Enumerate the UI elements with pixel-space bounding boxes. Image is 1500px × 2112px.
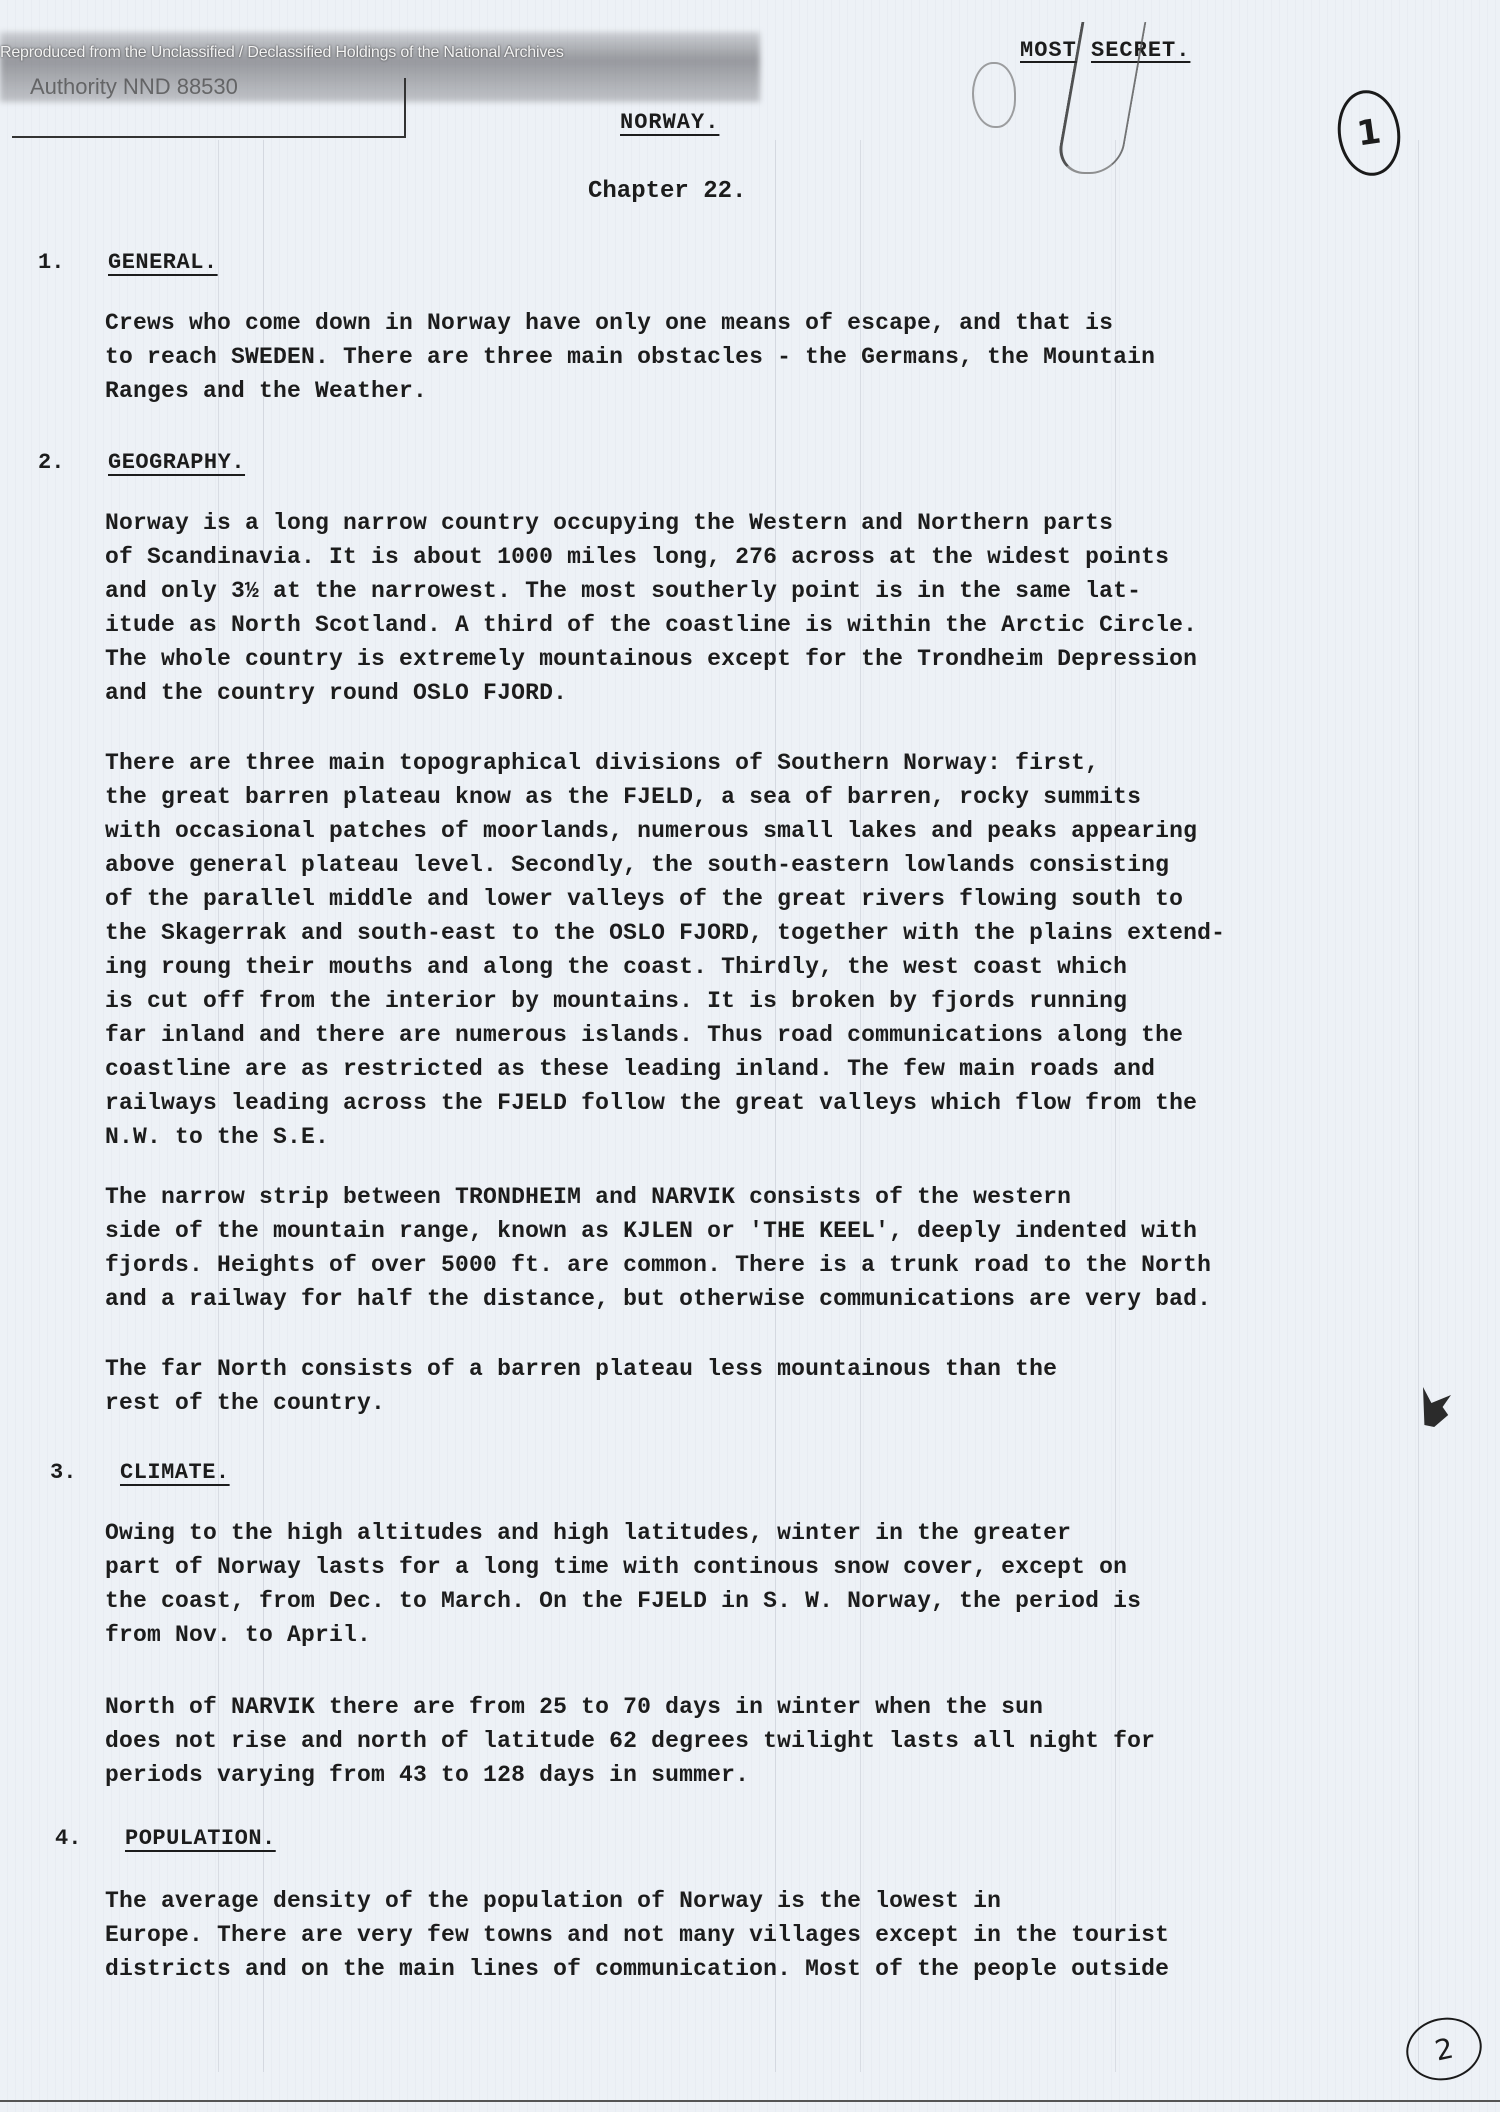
classification-word-1: MOST [1020, 38, 1077, 63]
section-title: GEOGRAPHY. [108, 450, 245, 475]
section-number: 2. [38, 450, 108, 475]
section-number: 4. [55, 1826, 125, 1851]
section-title: POPULATION. [125, 1826, 276, 1851]
paragraph: The narrow strip between TRONDHEIM and N… [105, 1180, 1425, 1316]
section-heading-climate: 3.CLIMATE. [50, 1460, 230, 1485]
paragraph: North of NARVIK there are from 25 to 70 … [105, 1690, 1425, 1792]
section-title: GENERAL. [108, 250, 218, 275]
authority-label: Authority NND 88530 [30, 74, 238, 100]
folio-number-bottom: 2 [1400, 2011, 1487, 2087]
pen-loop-mark [972, 62, 1016, 128]
paragraph: Owing to the high altitudes and high lat… [105, 1516, 1425, 1652]
paragraph: The average density of the population of… [105, 1884, 1425, 1986]
section-heading-geography: 2.GEOGRAPHY. [38, 450, 245, 475]
paragraph: There are three main topographical divis… [105, 746, 1425, 1154]
paragraph: Crews who come down in Norway have only … [105, 306, 1425, 408]
ink-blot [1423, 1387, 1451, 1427]
document-title: NORWAY. [620, 110, 719, 135]
section-number: 3. [50, 1460, 120, 1485]
paragraph: The far North consists of a barren plate… [105, 1352, 1425, 1420]
page-edge-rule [0, 2100, 1500, 2102]
section-title: CLIMATE. [120, 1460, 230, 1485]
section-heading-population: 4.POPULATION. [55, 1826, 276, 1851]
section-number: 1. [38, 250, 108, 275]
archive-stamp: Reproduced from the Unclassified / Decla… [0, 44, 564, 62]
document-page: Reproduced from the Unclassified / Decla… [0, 0, 1500, 2112]
section-heading-general: 1.GENERAL. [38, 250, 218, 275]
folio-number-top: 1 [1332, 86, 1405, 180]
chapter-label: Chapter 22. [588, 178, 746, 205]
paragraph: Norway is a long narrow country occupyin… [105, 506, 1425, 710]
